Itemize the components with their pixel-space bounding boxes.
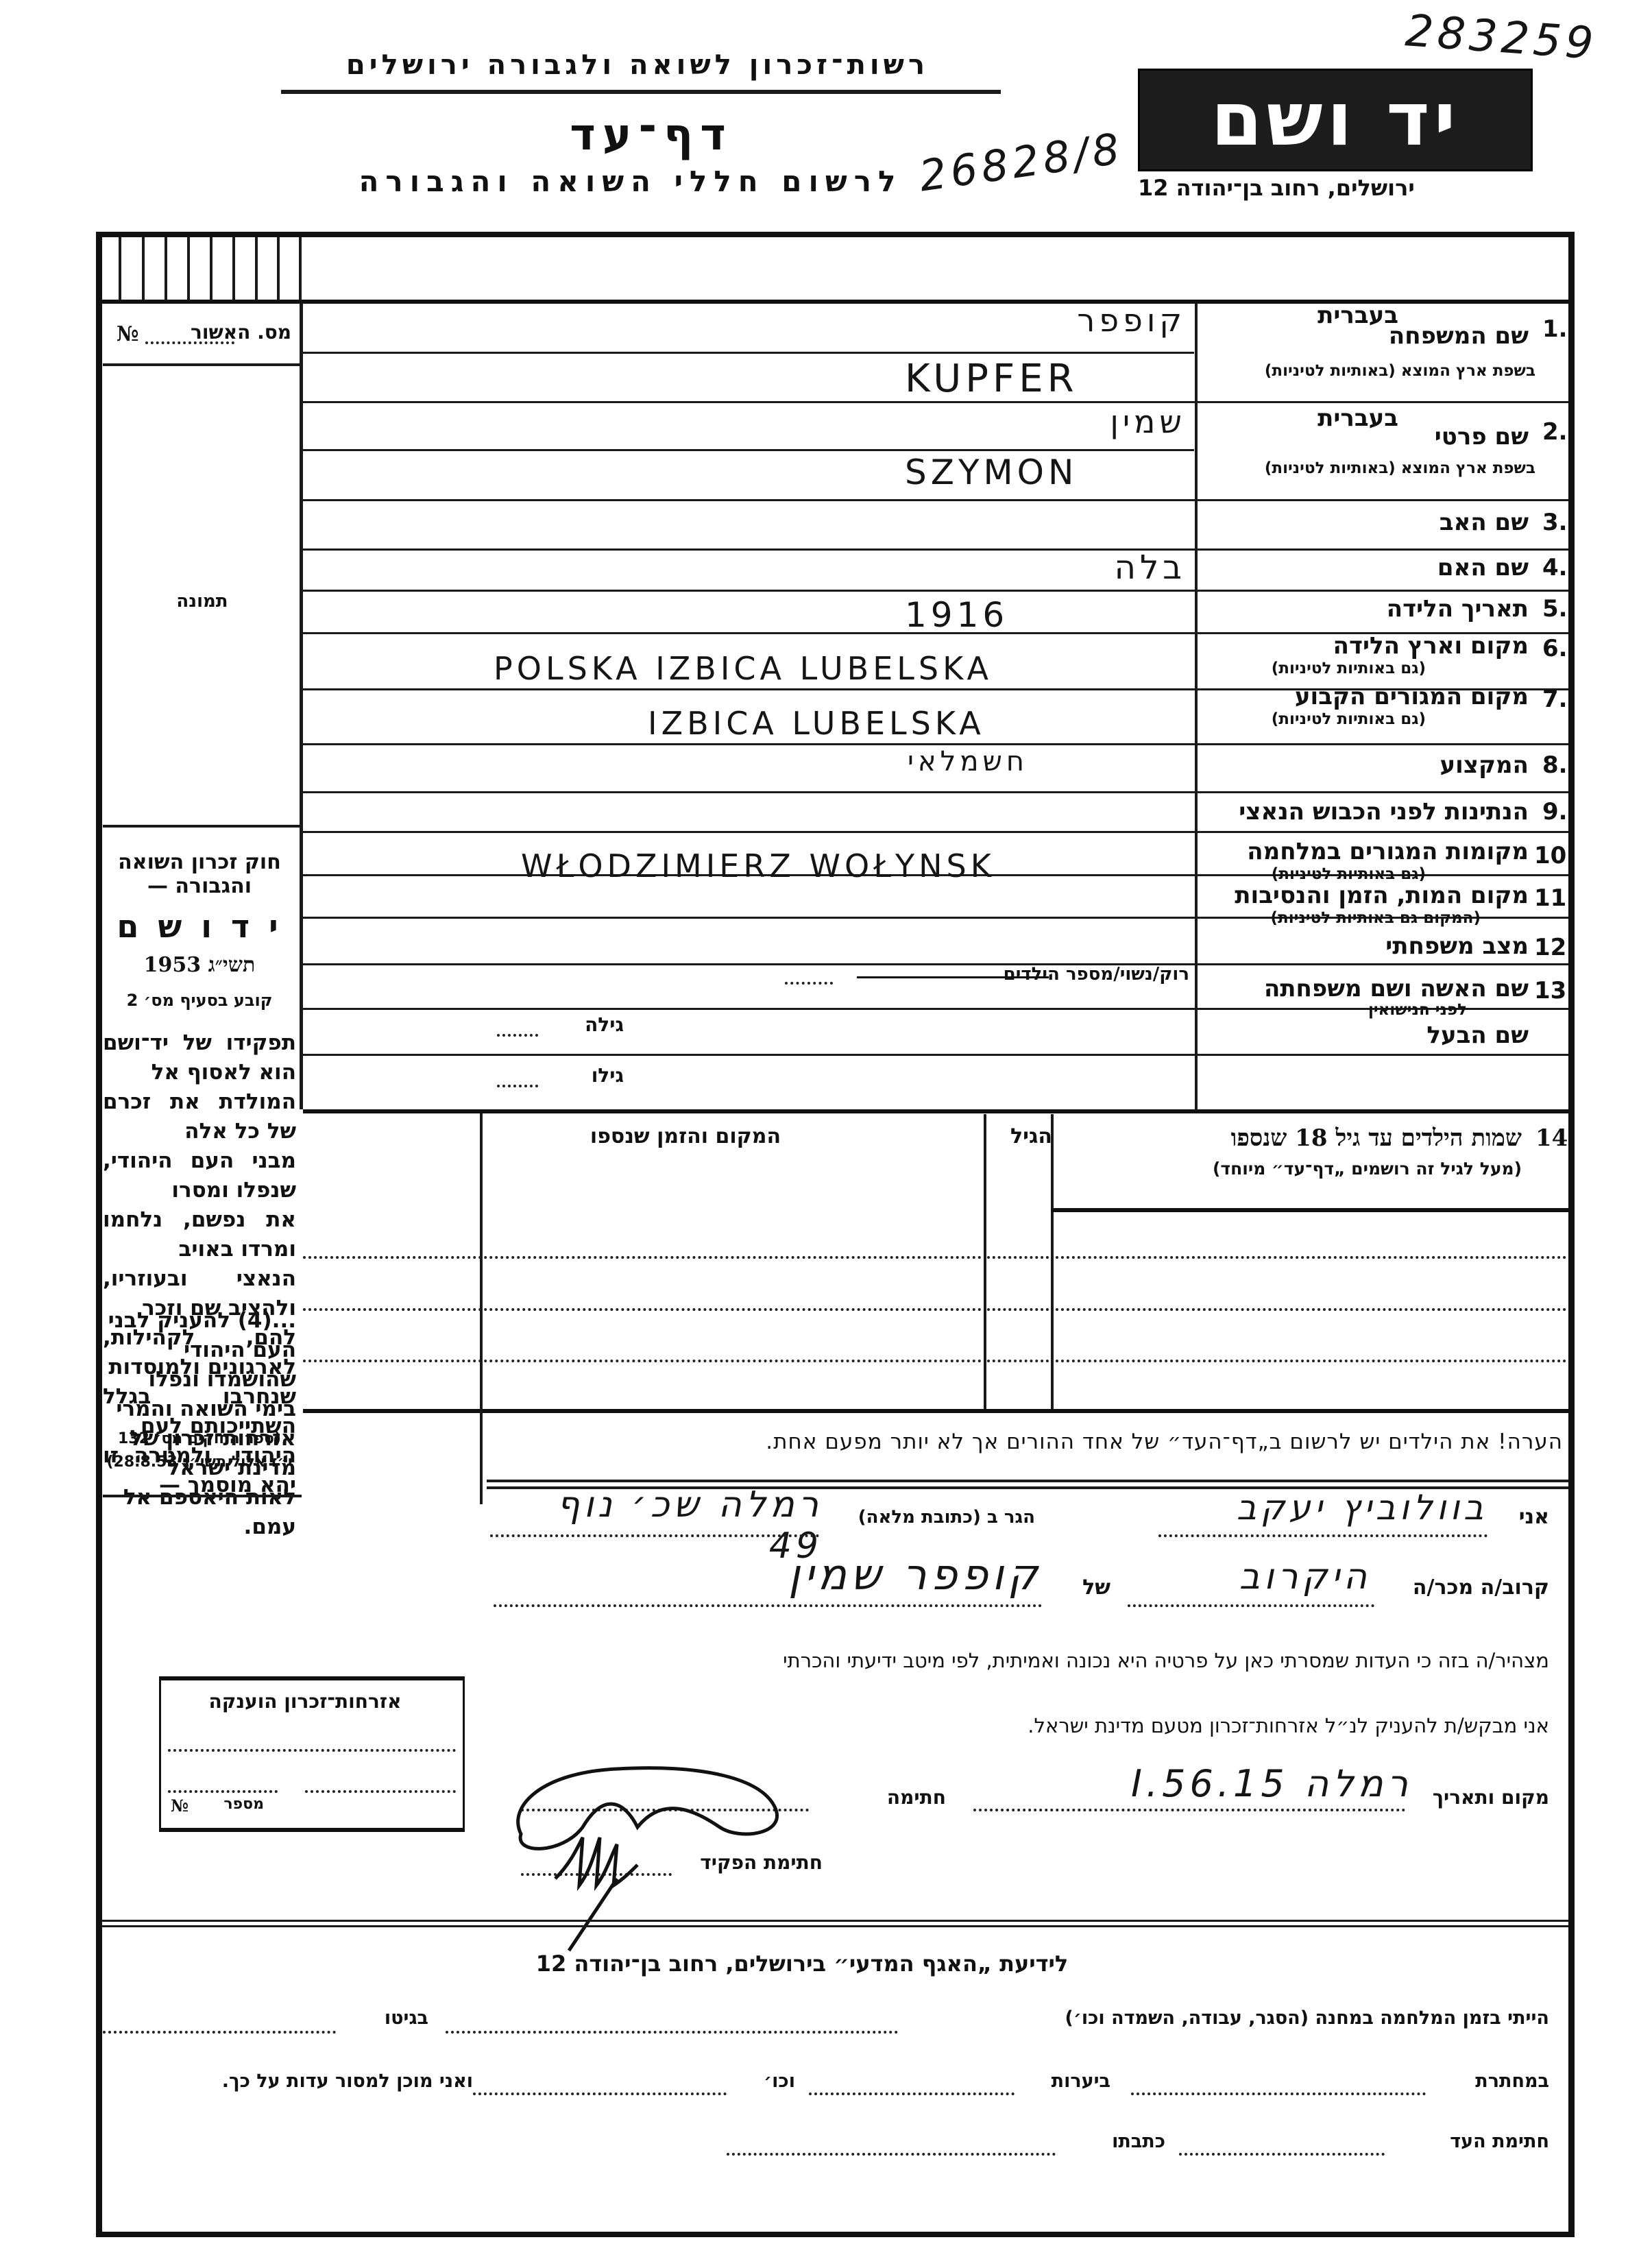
field-2-label: שם פרטי: [1302, 423, 1529, 450]
field-rule: [303, 352, 1194, 354]
marital-options-label: רוק/נשוי/מספר הילדים: [823, 964, 1189, 985]
field-rule: [303, 831, 1568, 833]
child-row-1-place[interactable]: [303, 1256, 982, 1259]
law-line: לאות היאספם אל עמם.: [103, 1483, 296, 1542]
birth-date-value[interactable]: 1916: [905, 595, 1008, 635]
field-rule: [303, 1054, 1568, 1056]
ghetto-label: בגיטו: [353, 2007, 428, 2029]
citizenship-box-line-2[interactable]: [168, 1790, 278, 1793]
citizenship-granted-box: אזרחות־זכרון הוענקה № מספר: [159, 1676, 465, 1832]
citation-line: י״ז אלול תשי״ג 28.8.53): [103, 1451, 296, 1474]
citizenship-box-line-3[interactable]: [305, 1790, 456, 1793]
camp-field[interactable]: [446, 2031, 898, 2034]
law-line: שהושמדו ונפלו בימי השואה והמרי: [103, 1365, 296, 1424]
field-rule: [303, 548, 1568, 551]
left-panel-lower-divider: [480, 1113, 483, 1504]
surname-latin-value[interactable]: KUPFER: [905, 357, 1078, 401]
witness-address-label: כתבתו: [1069, 2131, 1165, 2152]
relative-label: קרוב/ה מכר/ה: [1385, 1576, 1549, 1600]
her-age-label: גילה: [555, 1013, 624, 1036]
law-line: ...(4) להעניק לבני העם היהודי: [103, 1306, 296, 1365]
etc-label: וכו׳: [740, 2071, 795, 2092]
husband-name-label: שם הבעל: [1302, 1022, 1529, 1049]
note-top-rule: [303, 1409, 1568, 1413]
field-4-number: 4.: [1542, 554, 1568, 581]
field-1-label: שם המשפחה: [1302, 322, 1529, 350]
field-6-number: 6.: [1542, 635, 1568, 662]
field-rule: [303, 590, 1568, 592]
grid-divider: [187, 237, 190, 300]
children-place-header: המקום והזמן שנספו: [480, 1124, 891, 1148]
clerk-signature: [528, 1796, 665, 1954]
photo-label: תמונה: [103, 591, 302, 612]
field-11-number: 11.: [1534, 884, 1575, 912]
place-date-field[interactable]: [973, 1809, 1405, 1811]
deceased-name-field[interactable]: [494, 1604, 1042, 1607]
field-rule: [303, 401, 1568, 403]
citizenship-no-symbol: №: [171, 1796, 189, 1816]
child-row-2-age[interactable]: [987, 1308, 1049, 1311]
children-age-divider: [984, 1114, 986, 1409]
birth-place-value[interactable]: POLSKA IZBICA LUBELSKA: [494, 650, 1193, 687]
field-12-number: 12.: [1534, 934, 1575, 961]
field-1-number: 1.: [1542, 315, 1568, 343]
field-2-sub: בשפת ארץ המוצא (באותיות לטיניות): [1193, 459, 1535, 477]
of-label: של: [1056, 1576, 1110, 1600]
law-paragraph-2: ...(4) להעניק לבני העם היהודי שהושמדו ונ…: [103, 1306, 296, 1542]
declarant-name-field[interactable]: [1158, 1534, 1487, 1537]
child-row-2-name[interactable]: [1056, 1308, 1566, 1311]
child-row-1-name[interactable]: [1056, 1256, 1566, 1259]
firstname-latin-value[interactable]: SZYMON: [905, 453, 1078, 492]
field-11-sub: (המקום גם באותיות לטיניות): [1193, 909, 1481, 927]
law-line: תפקידו של יד־ושם הוא לאסוף אל: [103, 1028, 296, 1087]
bottom-heading: לידיעת „האגף המדעי״ בירושלים, רחוב בן־יה…: [425, 1951, 1179, 1977]
law-panel-bottom-rule: [103, 1495, 302, 1497]
law-citation: (ספר החוקים מס׳ 132 י״ז אלול תשי״ג 28.8.…: [103, 1427, 296, 1474]
citizenship-value[interactable]: [315, 795, 1186, 825]
frame-left: [96, 232, 102, 2237]
law-panel-top-rule: [103, 825, 300, 828]
approval-label: מס. האשור: [195, 321, 291, 343]
logo-text: יד ושם: [1211, 83, 1459, 157]
grid-divider: [232, 237, 235, 300]
citation-line: (ספר החוקים מס׳ 132: [103, 1427, 296, 1451]
bottom-section-rule: [101, 1920, 1568, 1922]
profession-value[interactable]: חשמלאי: [823, 746, 1028, 777]
children-top-rule: [303, 1109, 1568, 1113]
field-5-number: 5.: [1542, 595, 1568, 623]
underground-label: במחתרת: [1440, 2071, 1549, 2092]
note-bottom-rule: [487, 1480, 1568, 1482]
field-13-number: 13.: [1534, 977, 1575, 1004]
field-6-label: מקום וארץ הלידה: [1302, 632, 1529, 660]
father-name-value[interactable]: [315, 507, 1186, 542]
citizenship-request-text: אני מבקש/ת להעניק לנ״ל אזרחות־זכרון מטעם…: [754, 1714, 1549, 1737]
field-3-number: 3.: [1542, 509, 1568, 536]
field-4-label: שם האם: [1302, 554, 1529, 581]
place-date-value[interactable]: רמלה 15.I.56: [960, 1762, 1412, 1805]
declarant-name-value[interactable]: בוולוביץ יעקב: [1172, 1488, 1487, 1528]
citizenship-number-label: מספר: [209, 1796, 264, 1813]
form-title: דף־עד: [480, 110, 823, 160]
field-3-label: שם האב: [1302, 509, 1529, 536]
frame-right: [1568, 232, 1575, 2237]
children-header-rule: [1051, 1208, 1568, 1212]
address: ירושלים, רחוב בן־יהודה 12: [1138, 175, 1529, 201]
field-rule: [303, 449, 1194, 451]
field-9-label: הנתינות לפני הכבוש הנאצי: [1206, 798, 1529, 825]
children-age-header: הגיל: [991, 1124, 1052, 1148]
field-7-sub: (גם באותיות לטיניות): [1193, 710, 1426, 728]
firstname-hebrew-value[interactable]: שמין: [960, 403, 1186, 440]
declaration-ani: אני: [1494, 1505, 1549, 1529]
witness-signature-field[interactable]: [1179, 2153, 1385, 2156]
forests-field[interactable]: [809, 2093, 1015, 2095]
bottom-section-rule-2: [101, 1925, 1568, 1927]
field-rule: [303, 791, 1568, 793]
child-row-3-place[interactable]: [303, 1360, 982, 1362]
residence-value[interactable]: IZBICA LUBELSKA: [648, 705, 985, 742]
testimony-willing-label: ואני מוכן למסור עדות על כך.: [103, 2071, 473, 2092]
clerk-signature-label: חתימת הפקיד: [685, 1851, 823, 1874]
law-title: חוק זכרון השואה והגבורה —: [103, 850, 296, 898]
archive-number: 283259: [1404, 5, 1599, 69]
her-age-field[interactable]: [497, 1034, 538, 1037]
law-year: תשי״ג 1953: [103, 953, 296, 977]
camp-label: הייתי בזמן המלחמה במחנה (הסגר, עבודה, הש…: [912, 2007, 1549, 2029]
signature-label: חתימה: [850, 1786, 946, 1809]
field-rule: [303, 499, 1568, 501]
field-9-number: 9.: [1542, 798, 1568, 825]
his-age-field[interactable]: [497, 1085, 538, 1087]
residing-label: הגר ב (כתובת מלאה): [823, 1507, 1035, 1528]
children-sub: (מעל לגיל זה רושמים „דף־עד״ מיוחד): [1056, 1159, 1522, 1179]
field-rule: [303, 743, 1568, 745]
grid-divider: [165, 237, 167, 300]
child-row-3-age[interactable]: [987, 1360, 1049, 1362]
left-column-divider: [300, 304, 303, 1109]
field-10-number: 10.: [1534, 842, 1575, 869]
field-13-sub: לפני הנישואין: [1193, 1001, 1467, 1019]
relation-field[interactable]: [1128, 1604, 1374, 1607]
no-symbol: №: [117, 322, 139, 346]
witness-address-field[interactable]: [727, 2153, 1056, 2156]
child-row-1-age[interactable]: [987, 1256, 1049, 1259]
label-column-divider: [1195, 304, 1198, 1109]
field-10-sub: (גם באותיות לטיניות): [1193, 865, 1426, 883]
field-8-label: המקצוע: [1302, 751, 1529, 779]
child-row-2-place[interactable]: [303, 1308, 982, 1311]
field-14-number: 14.: [1535, 1124, 1576, 1152]
field-1-sub: בשפת ארץ המוצא (באותיות לטיניות): [1193, 362, 1535, 380]
child-row-3-name[interactable]: [1056, 1360, 1566, 1362]
grid-divider: [277, 237, 280, 300]
death-place-value[interactable]: [315, 879, 1186, 913]
witness-signature-label: חתימת העד: [1398, 2131, 1549, 2152]
grid-divider: [210, 237, 212, 300]
forests-label: ביערות: [1021, 2071, 1110, 2092]
form-subtitle: לרשום חללי השואה והגבורה: [302, 165, 960, 198]
field-2-number: 2.: [1542, 418, 1568, 446]
note-text: הערה! את הילדים יש לרשום ב„דף־העד״ של אח…: [494, 1430, 1563, 1454]
law-line: מבני העם היהודי, שנפלו ומסרו: [103, 1146, 296, 1205]
authority-title: רשות־זכרון לשואה ולגבורה ירושלים: [271, 49, 1004, 81]
children-count-field[interactable]: [785, 982, 833, 985]
law-line: המולדת את זכרם של כל אלה: [103, 1087, 296, 1146]
field-10-label: מקומות המגורים במלחמה: [1206, 838, 1529, 865]
field-12-label: מצב משפחתי: [1302, 932, 1529, 960]
children-label: שמות הילדים עד גיל 18 שנספו: [1056, 1124, 1522, 1152]
relation-value[interactable]: היקרוב: [1138, 1556, 1371, 1597]
field-7-label: מקום המגורים הקבוע: [1234, 683, 1529, 710]
etc-field[interactable]: [473, 2093, 727, 2095]
field-11-label: מקום המות, הזמן והנסיבות: [1206, 882, 1529, 909]
deceased-name-value[interactable]: קופפר שמין: [679, 1549, 1042, 1600]
field-5-label: תאריך הלידה: [1302, 595, 1529, 623]
field-13-label: שם האשה ושם משפחתה: [1206, 975, 1529, 1002]
surname-hebrew-value[interactable]: קופפר: [960, 302, 1186, 339]
ghetto-field[interactable]: [103, 2031, 336, 2034]
citizenship-box-line[interactable]: [168, 1749, 456, 1752]
law-section: קובע בסעיף מס׳ 2: [103, 991, 296, 1010]
field-8-number: 8.: [1542, 751, 1568, 779]
grid-divider: [119, 237, 121, 300]
frame-top: [96, 232, 1573, 237]
citizenship-box-title: אזרחות־זכרון הוענקה: [168, 1690, 442, 1713]
field-6-sub: (גם באותיות לטיניות): [1193, 660, 1426, 677]
yad-vashem-logo: יד ושם: [1138, 69, 1533, 171]
law-logo: י ד ו ש ם: [103, 908, 296, 945]
place-date-label: מקום ותאריך: [1412, 1786, 1549, 1809]
grid-divider: [142, 237, 145, 300]
mother-name-value[interactable]: בלה: [960, 548, 1186, 587]
law-panel: חוק זכרון השואה והגבורה — י ד ו ש ם תשי״…: [103, 850, 296, 1010]
declarant-address-field[interactable]: [490, 1534, 819, 1537]
title-rule: [281, 90, 1001, 94]
grid-divider: [299, 237, 302, 300]
underground-field[interactable]: [1131, 2093, 1426, 2095]
marital-strike: [857, 976, 1049, 978]
field-7-number: 7.: [1542, 686, 1568, 713]
approval-rule: [103, 363, 300, 366]
children-name-divider: [1051, 1114, 1054, 1409]
his-age-label: גילו: [555, 1064, 624, 1087]
law-line: את נפשם, נלחמו ומרדו באויב: [103, 1205, 296, 1264]
frame-bottom: [96, 2232, 1573, 2237]
attestation-text: מצהיר/ה בזה כי העדות שמסרתי כאן על פרטיה…: [494, 1649, 1549, 1672]
grid-divider: [255, 237, 258, 300]
